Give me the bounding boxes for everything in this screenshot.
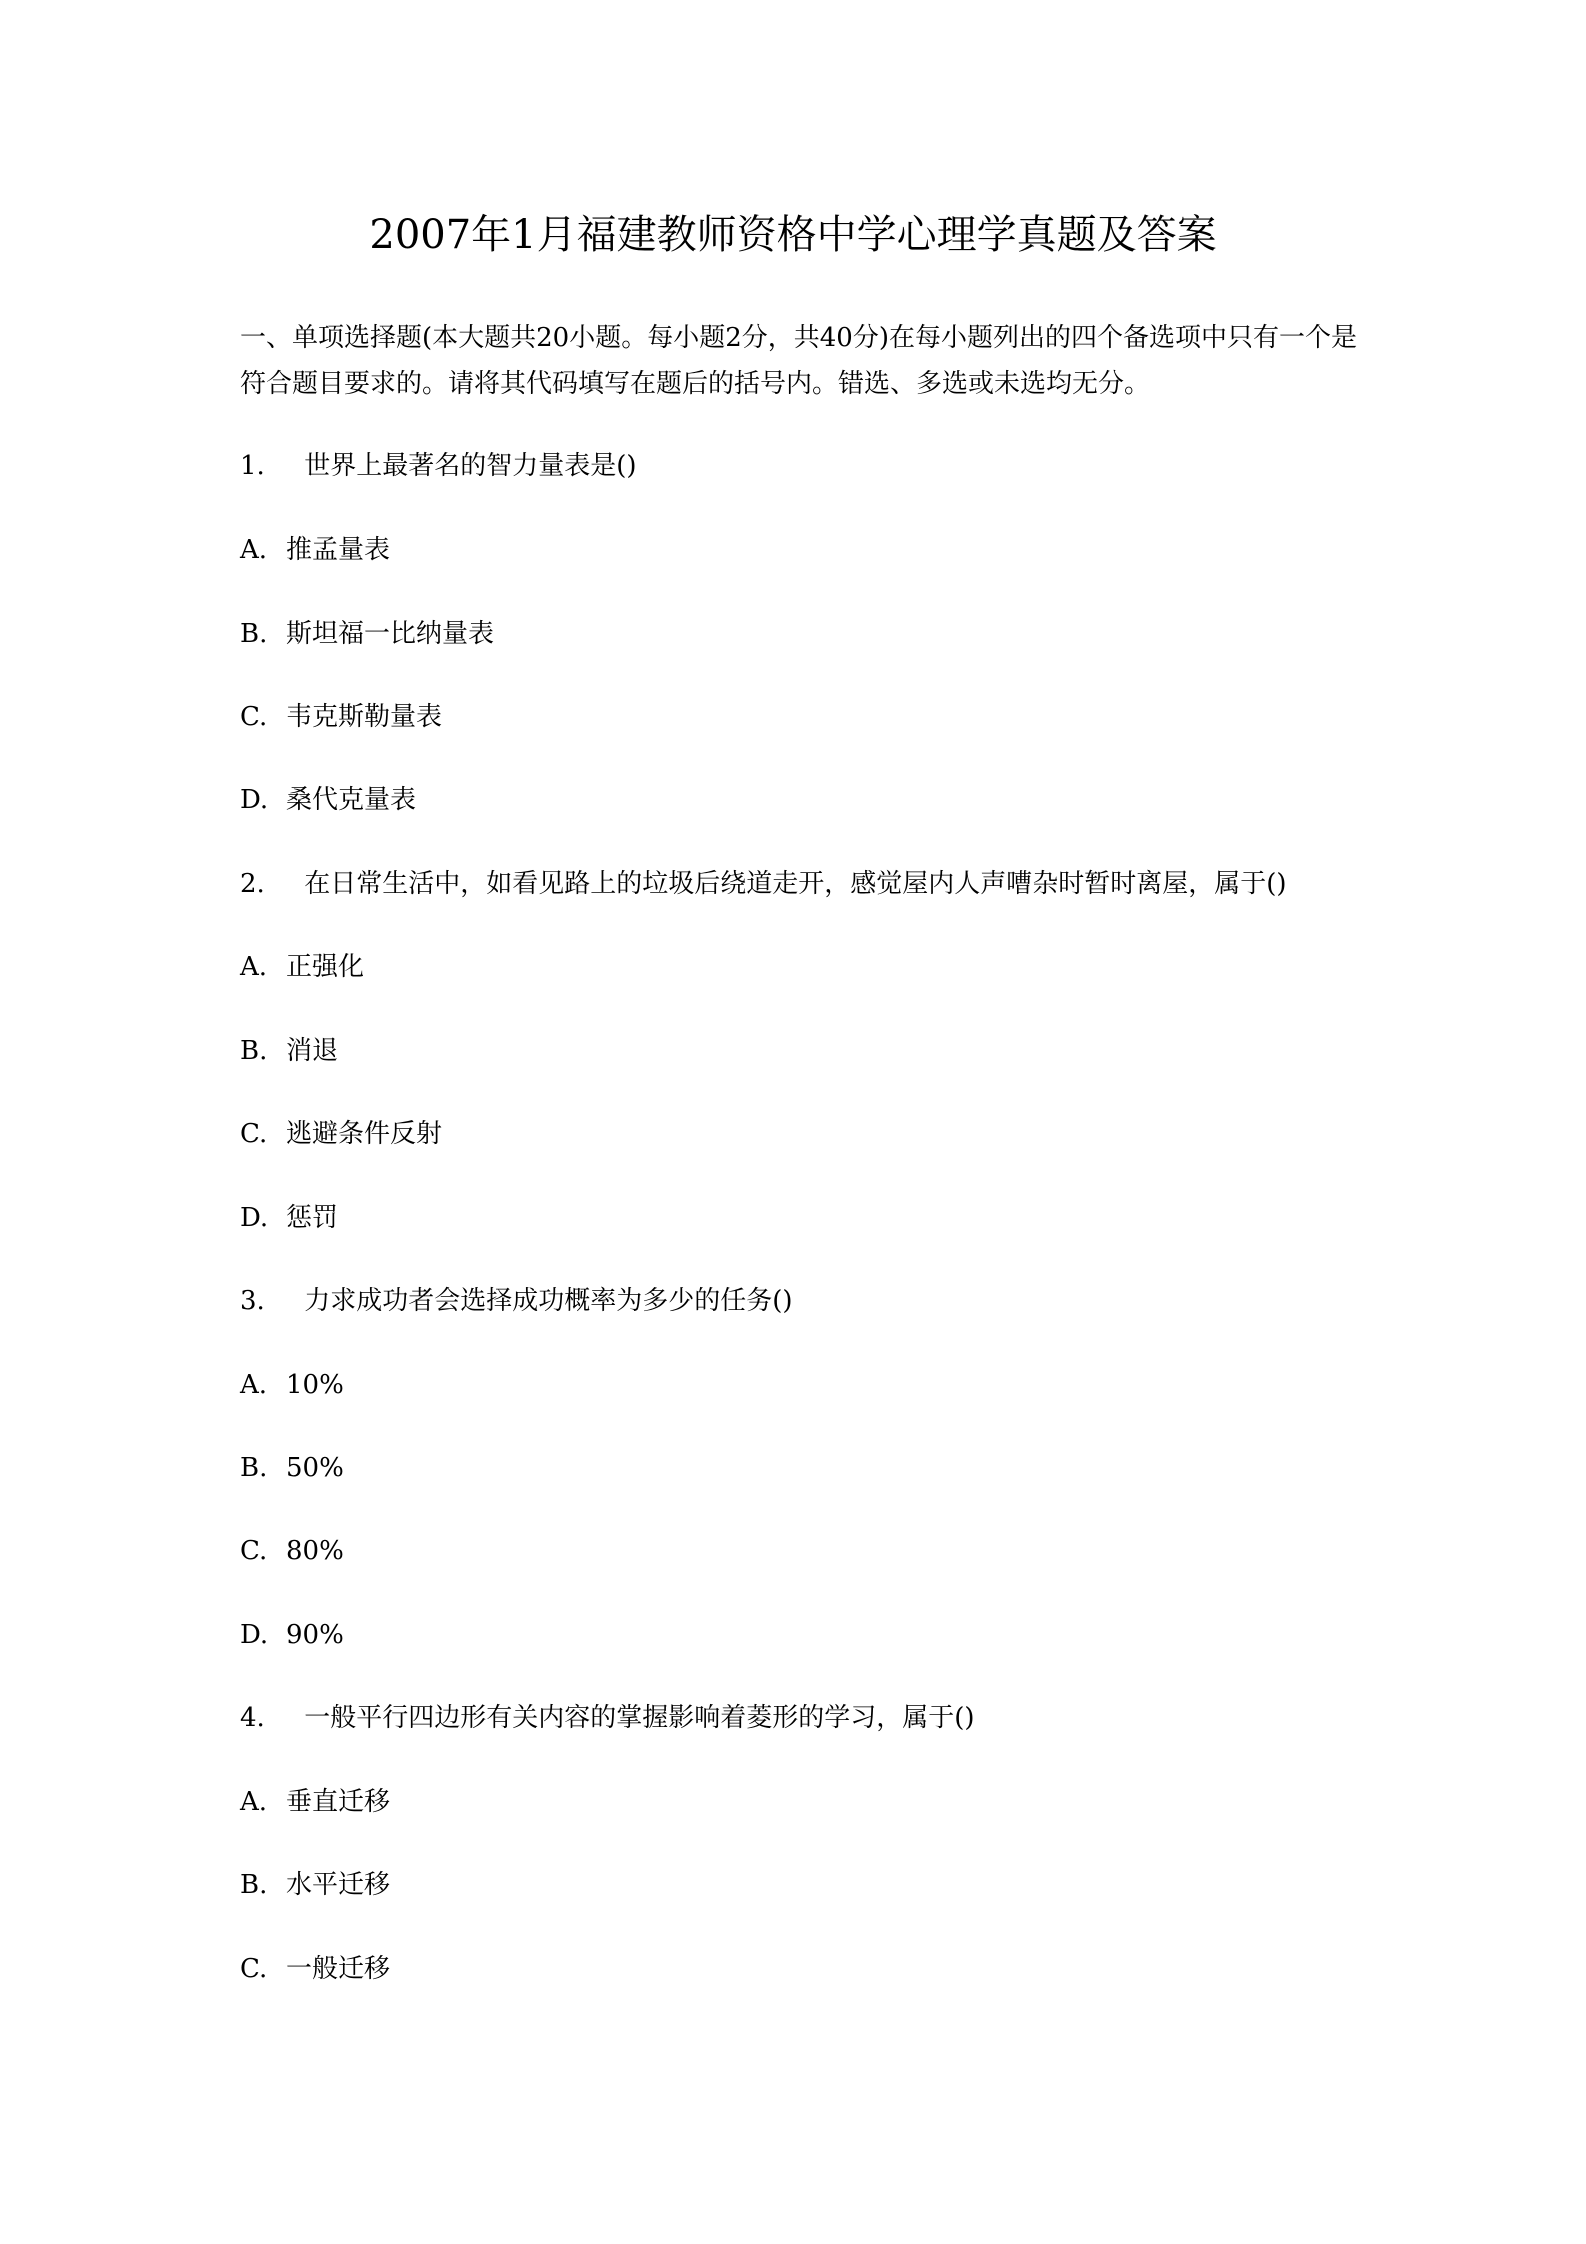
option-text: 一般迁移 (286, 1954, 390, 1984)
option-key: A. (240, 1782, 286, 1822)
document-page: 2007年1月福建教师资格中学心理学真题及答案 一、单项选择题(本大题共20小题… (0, 0, 1586, 2244)
option-key: C. (240, 1114, 286, 1154)
question-number: 1. (240, 446, 296, 486)
option-key: C. (240, 1949, 286, 1989)
option-key: D. (240, 780, 286, 820)
option-1b: B.斯坦福一比纳量表 (240, 614, 494, 654)
option-4b: B.水平迁移 (240, 1865, 390, 1905)
option-text: 韦克斯勒量表 (286, 702, 442, 732)
option-3c: C.80% (240, 1531, 344, 1571)
question-2: 2. 在日常生活中，如看见路上的垃圾后绕道走开，感觉屋内人声嘈杂时暂时离屋，属于… (240, 864, 1287, 904)
option-4c: C.一般迁移 (240, 1949, 390, 1989)
option-text: 惩罚 (286, 1203, 338, 1233)
option-text: 垂直迁移 (286, 1787, 390, 1817)
option-4a: A.垂直迁移 (240, 1782, 390, 1822)
option-2a: A.正强化 (240, 947, 364, 987)
option-text: 推孟量表 (286, 535, 390, 565)
option-text: 消退 (286, 1036, 338, 1066)
option-2d: D.惩罚 (240, 1198, 338, 1238)
question-number: 3. (240, 1281, 296, 1321)
option-text: 10% (286, 1370, 344, 1400)
option-3a: A.10% (240, 1365, 344, 1405)
option-text: 水平迁移 (286, 1870, 390, 1900)
option-3b: B.50% (240, 1448, 344, 1488)
option-2b: B.消退 (240, 1031, 338, 1071)
option-2c: C.逃避条件反射 (240, 1114, 442, 1154)
option-1d: D.桑代克量表 (240, 780, 416, 820)
option-3d: D.90% (240, 1615, 344, 1655)
option-key: B. (240, 614, 286, 654)
question-4: 4. 一般平行四边形有关内容的掌握影响着菱形的学习，属于() (240, 1698, 975, 1738)
option-key: B. (240, 1448, 286, 1488)
section-intro: 一、单项选择题(本大题共20小题。每小题2分，共40分)在每小题列出的四个备选项… (240, 315, 1360, 407)
option-key: A. (240, 1365, 286, 1405)
option-1a: A.推孟量表 (240, 530, 390, 570)
option-text: 90% (286, 1620, 344, 1650)
question-number: 2. (240, 864, 296, 904)
option-1c: C.韦克斯勒量表 (240, 697, 442, 737)
option-text: 正强化 (286, 952, 364, 982)
question-number: 4. (240, 1698, 296, 1738)
option-text: 逃避条件反射 (286, 1119, 442, 1149)
option-key: B. (240, 1031, 286, 1071)
option-text: 桑代克量表 (286, 785, 416, 815)
option-text: 斯坦福一比纳量表 (286, 619, 494, 649)
question-3: 3. 力求成功者会选择成功概率为多少的任务() (240, 1281, 793, 1321)
option-text: 50% (286, 1453, 344, 1483)
question-text: 世界上最著名的智力量表是() (304, 451, 636, 481)
option-key: D. (240, 1615, 286, 1655)
option-text: 80% (286, 1536, 344, 1566)
option-key: D. (240, 1198, 286, 1238)
question-1: 1. 世界上最著名的智力量表是() (240, 446, 637, 486)
document-title: 2007年1月福建教师资格中学心理学真题及答案 (0, 205, 1586, 265)
question-text: 在日常生活中，如看见路上的垃圾后绕道走开，感觉屋内人声嘈杂时暂时离屋，属于() (304, 869, 1286, 899)
question-text: 力求成功者会选择成功概率为多少的任务() (304, 1286, 792, 1316)
option-key: C. (240, 697, 286, 737)
question-text: 一般平行四边形有关内容的掌握影响着菱形的学习，属于() (304, 1703, 974, 1733)
option-key: A. (240, 530, 286, 570)
option-key: C. (240, 1531, 286, 1571)
option-key: A. (240, 947, 286, 987)
option-key: B. (240, 1865, 286, 1905)
